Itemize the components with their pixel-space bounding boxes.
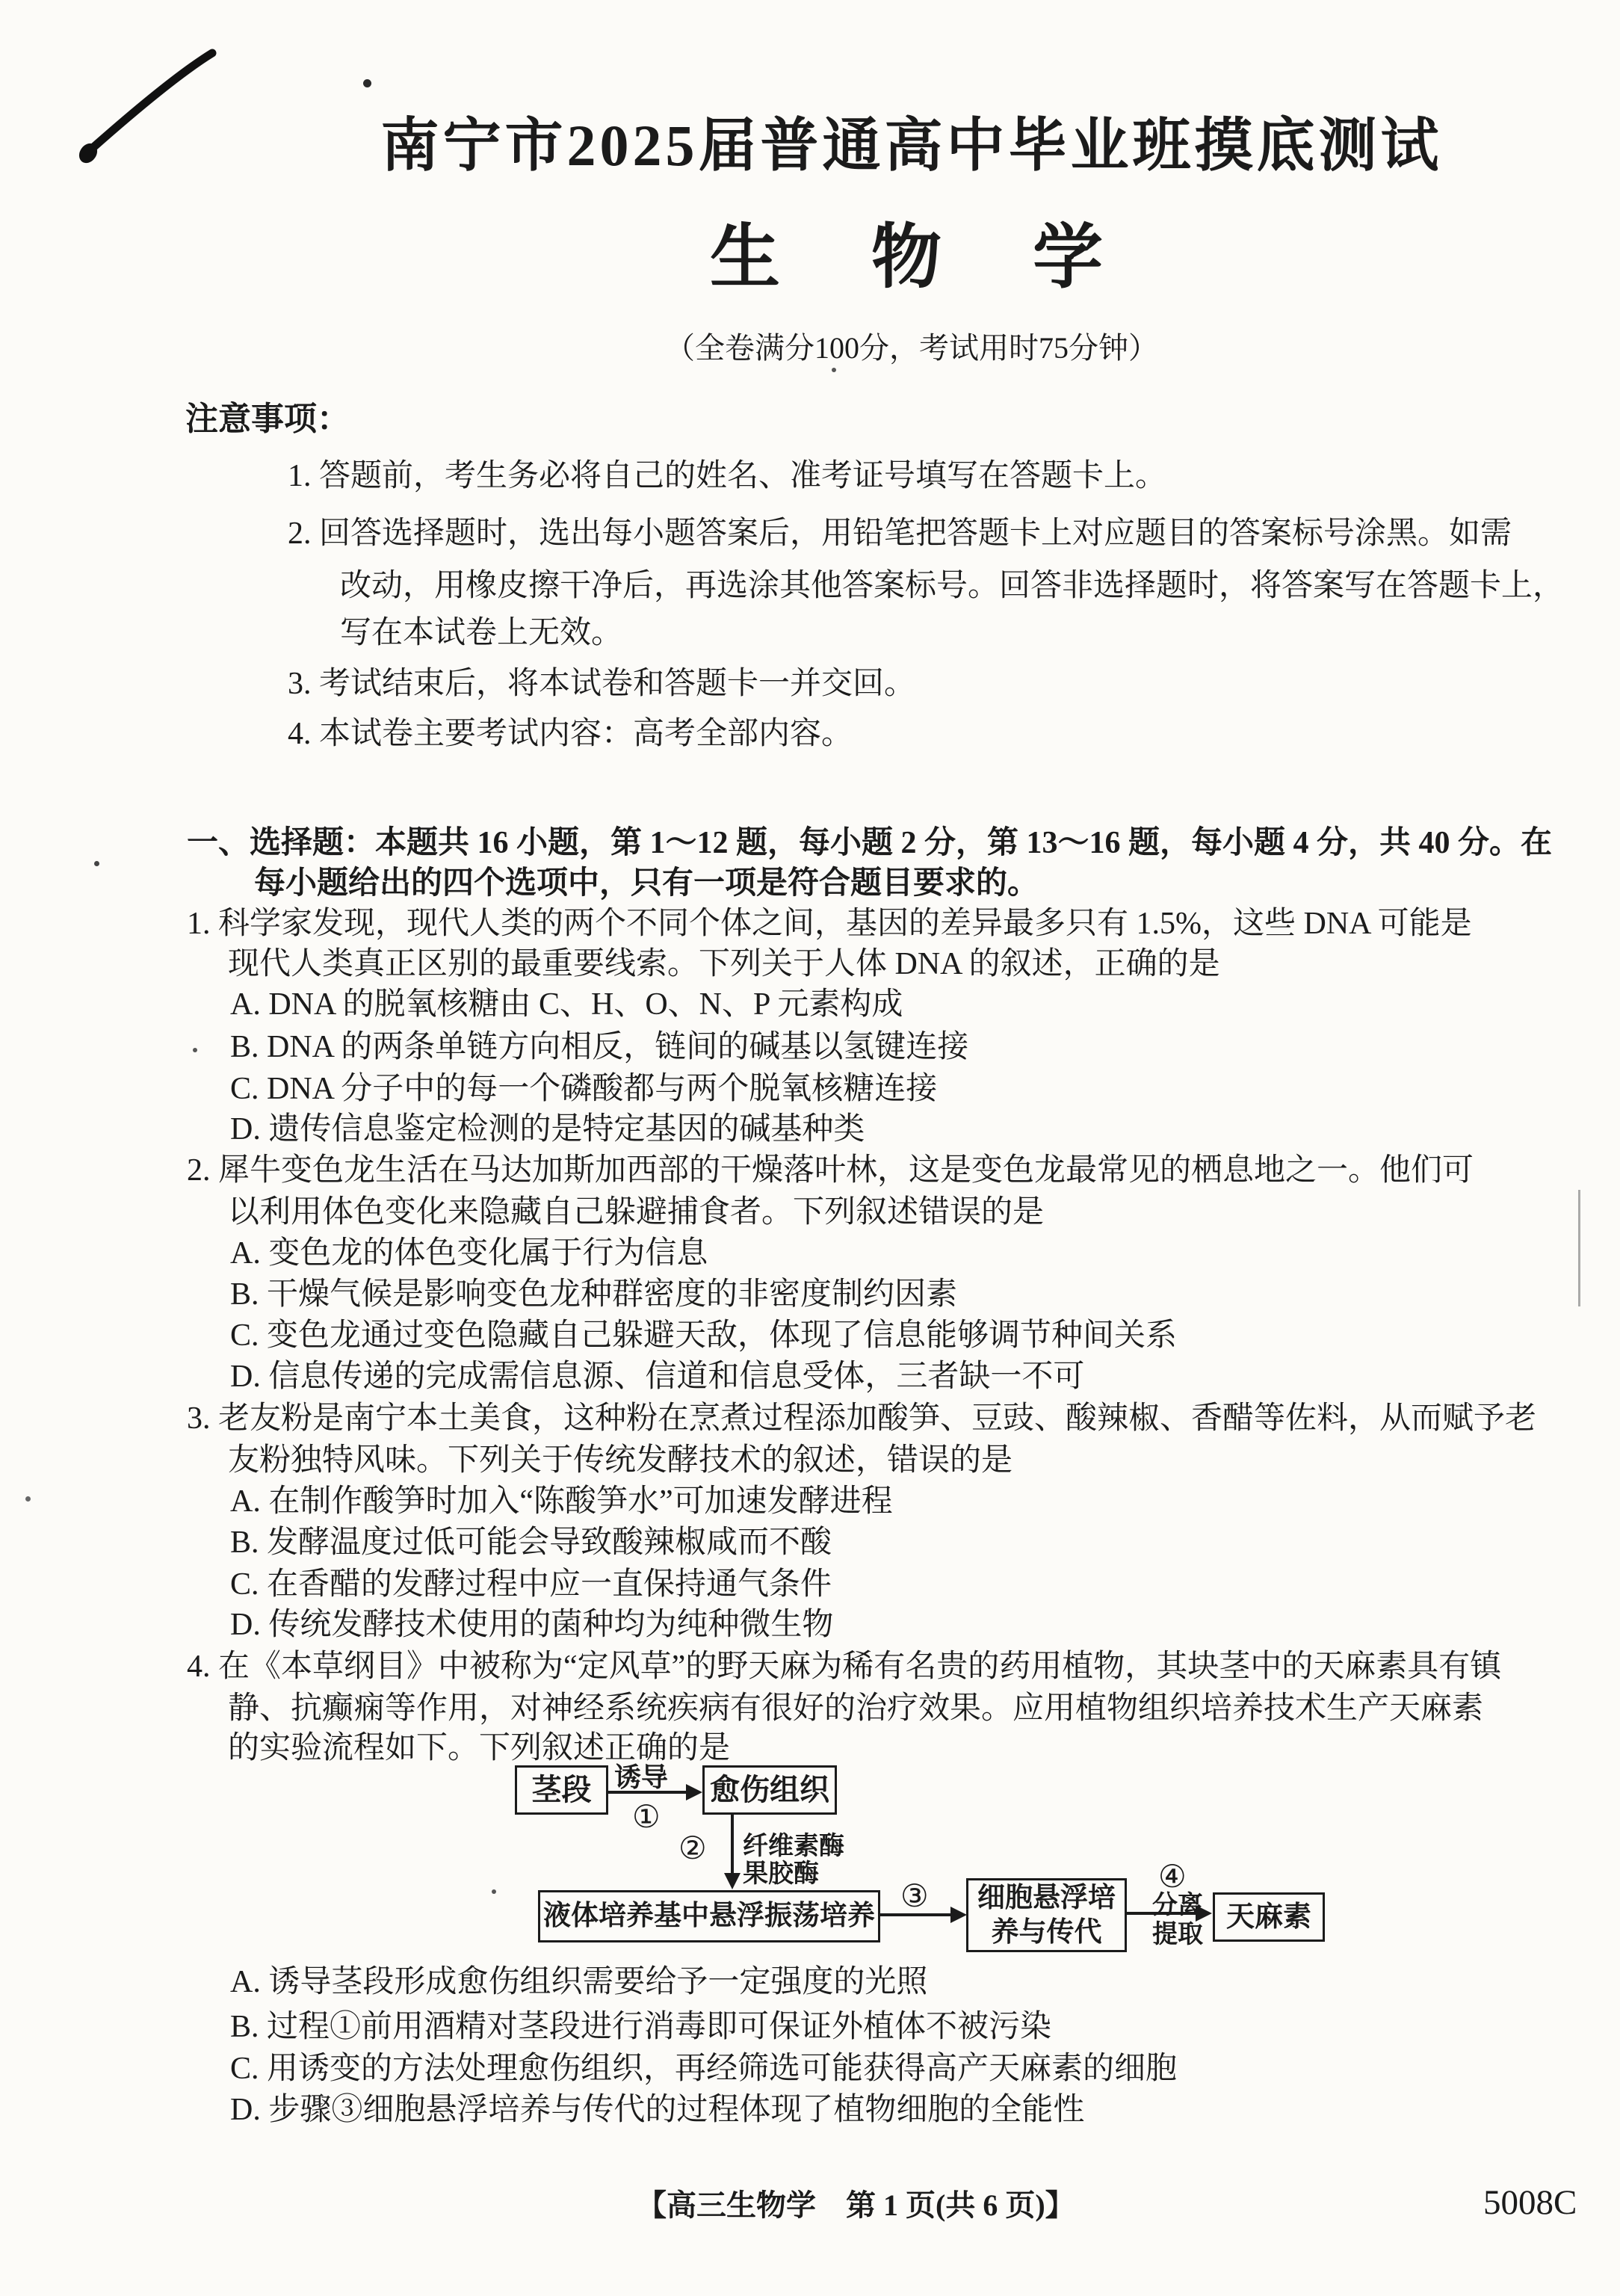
q2-stem-line: 以利用体色变化来隐藏自己躲避捕食者。下列叙述错误的是 bbox=[228, 1194, 1044, 1230]
notice-item: 3. 考试结束后，将本试卷和答题卡一并交回。 bbox=[288, 666, 915, 702]
q2-option-a: A. 变色龙的体色变化属于行为信息 bbox=[230, 1235, 708, 1271]
notice-item: 2. 回答选择题时，选出每小题答案后，用铅笔把答题卡上对应题目的答案标号涂黑。如… bbox=[288, 516, 1512, 552]
notice-item-continuation: 写在本试卷上无效。 bbox=[340, 615, 622, 651]
q3-option-c: C. 在香醋的发酵过程中应一直保持通气条件 bbox=[230, 1567, 832, 1602]
q1-stem-line: 现代人类真正区别的最重要线索。下列关于人体 DNA 的叙述，正确的是 bbox=[228, 946, 1220, 982]
notice-item-continuation: 改动，用橡皮擦干净后，再选涂其他答案标号。回答非选择题时，将答案写在答题卡上， bbox=[340, 568, 1564, 604]
ink-dot bbox=[363, 79, 371, 87]
ink-dot bbox=[832, 368, 836, 372]
ink-dot bbox=[492, 1889, 496, 1894]
diagram-node-stem: 茎段 bbox=[515, 1765, 608, 1815]
arrowhead-right-icon bbox=[950, 1907, 967, 1923]
scan-artifact-line bbox=[1578, 1190, 1580, 1306]
diagram-label-extract: 提取 bbox=[1152, 1913, 1203, 1950]
q4-option-d: D. 步骤③细胞悬浮培养与传代的过程体现了植物细胞的全能性 bbox=[230, 2092, 1084, 2128]
arrowhead-right-icon bbox=[686, 1784, 702, 1800]
diagram-label-step1: ① bbox=[632, 1798, 661, 1835]
q3-option-b: B. 发酵温度过低可能会导致酸辣椒咸而不酸 bbox=[230, 1525, 832, 1561]
arrow-step1 bbox=[608, 1791, 687, 1794]
q3-stem-line: 3. 老友粉是南宁本土美食，这种粉在烹煮过程添加酸笋、豆豉、酸辣椒、香醋等佐料，… bbox=[187, 1401, 1536, 1436]
notice-item: 1. 答题前，考生务必将自己的姓名、准考证号填写在答题卡上。 bbox=[288, 458, 1166, 494]
paper-code: 5008C bbox=[1483, 2182, 1577, 2223]
q2-option-c: C. 变色龙通过变色隐藏自己躲避天敌，体现了信息能够调节种间关系 bbox=[230, 1318, 1177, 1354]
diagram-node-suspension-culture: 细胞悬浮培 养与传代 bbox=[966, 1878, 1127, 1952]
diagram-node-liquid-culture: 液体培养基中悬浮振荡培养 bbox=[538, 1890, 880, 1942]
q1-option-b: B. DNA 的两条单链方向相反，链间的碱基以氢键连接 bbox=[230, 1029, 968, 1065]
pen-stroke-mark bbox=[69, 41, 226, 168]
q4-option-b: B. 过程①前用酒精对茎段进行消毒即可保证外植体不被污染 bbox=[230, 2009, 1051, 2045]
notice-heading: 注意事项： bbox=[185, 401, 350, 439]
page-title: 南宁市2025届普通高中毕业班摸底测试 bbox=[209, 99, 1614, 182]
q2-option-b: B. 干燥气候是影响变色龙种群密度的非密度制约因素 bbox=[230, 1277, 957, 1312]
q4-option-c: C. 用诱变的方法处理愈伤组织，再经筛选可能获得高产天麻素的细胞 bbox=[230, 2051, 1177, 2087]
section-header-line: 每小题给出的四个选项中，只有一项是符合题目要求的。 bbox=[254, 865, 1039, 901]
q4-option-a: A. 诱导茎段形成愈伤组织需要给予一定强度的光照 bbox=[230, 1964, 927, 2000]
diagram-node-callus: 愈伤组织 bbox=[702, 1765, 837, 1815]
ink-dot bbox=[94, 861, 99, 866]
ink-dot bbox=[25, 1496, 31, 1502]
q1-option-a: A. DNA 的脱氧核糖由 C、H、O、N、P 元素构成 bbox=[230, 987, 903, 1022]
diagram-label-step3: ③ bbox=[900, 1877, 929, 1914]
section-header-line: 一、选择题：本题共 16 小题，第 1～12 题，每小题 2 分，第 13～16… bbox=[187, 825, 1552, 861]
q4-stem-line: 静、抗癫痫等作用，对神经系统疾病有很好的治疗效果。应用植物组织培养技术生产天麻素 bbox=[228, 1691, 1483, 1726]
ink-dot bbox=[193, 1048, 197, 1052]
notice-item: 4. 本试卷主要考试内容：高考全部内容。 bbox=[288, 716, 853, 752]
diagram-node-product: 天麻素 bbox=[1213, 1892, 1325, 1942]
q3-stem-line: 友粉独特风味。下列关于传统发酵技术的叙述，错误的是 bbox=[228, 1442, 1012, 1478]
q3-option-d: D. 传统发酵技术使用的菌种均为纯种微生物 bbox=[230, 1607, 833, 1643]
q3-option-a: A. 在制作酸笋时加入“陈酸笋水”可加速发酵进程 bbox=[230, 1484, 893, 1519]
arrow-step3 bbox=[880, 1913, 952, 1916]
q1-option-d: D. 遗传信息鉴定检测的是特定基因的碱基种类 bbox=[230, 1111, 865, 1147]
exam-meta: （全卷满分100分，考试用时75分钟） bbox=[209, 324, 1614, 367]
q4-stem-line: 4. 在《本草纲目》中被称为“定风草”的野天麻为稀有名贵的药用植物，其块茎中的天… bbox=[187, 1649, 1501, 1685]
page-footer: 【高三生物学 第 1 页(共 6 页)】 bbox=[637, 2188, 1075, 2223]
diagram-label-induce: 诱导 bbox=[614, 1756, 668, 1794]
q1-option-c: C. DNA 分子中的每一个磷酸都与两个脱氧核糖连接 bbox=[230, 1071, 937, 1107]
subject-title: 生 物 学 bbox=[209, 200, 1614, 301]
diagram-label-enzyme2: 果胶酶 bbox=[743, 1853, 819, 1889]
q2-stem-line: 2. 犀牛变色龙生活在马达加斯加西部的干燥落叶林，这是变色龙最常见的栖息地之一。… bbox=[187, 1152, 1474, 1188]
arrowhead-down-icon bbox=[724, 1873, 741, 1889]
q2-option-d: D. 信息传递的完成需信息源、信道和信息受体，三者缺一不可 bbox=[230, 1359, 1084, 1395]
arrow-step2 bbox=[731, 1815, 734, 1874]
diagram-label-step2: ② bbox=[678, 1830, 707, 1866]
q1-stem-line: 1. 科学家发现，现代人类的两个不同个体之间，基因的差异最多只有 1.5%，这些… bbox=[187, 906, 1472, 942]
exam-paper-page: 南宁市2025届普通高中毕业班摸底测试 生 物 学 （全卷满分100分，考试用时… bbox=[0, 0, 1620, 2296]
